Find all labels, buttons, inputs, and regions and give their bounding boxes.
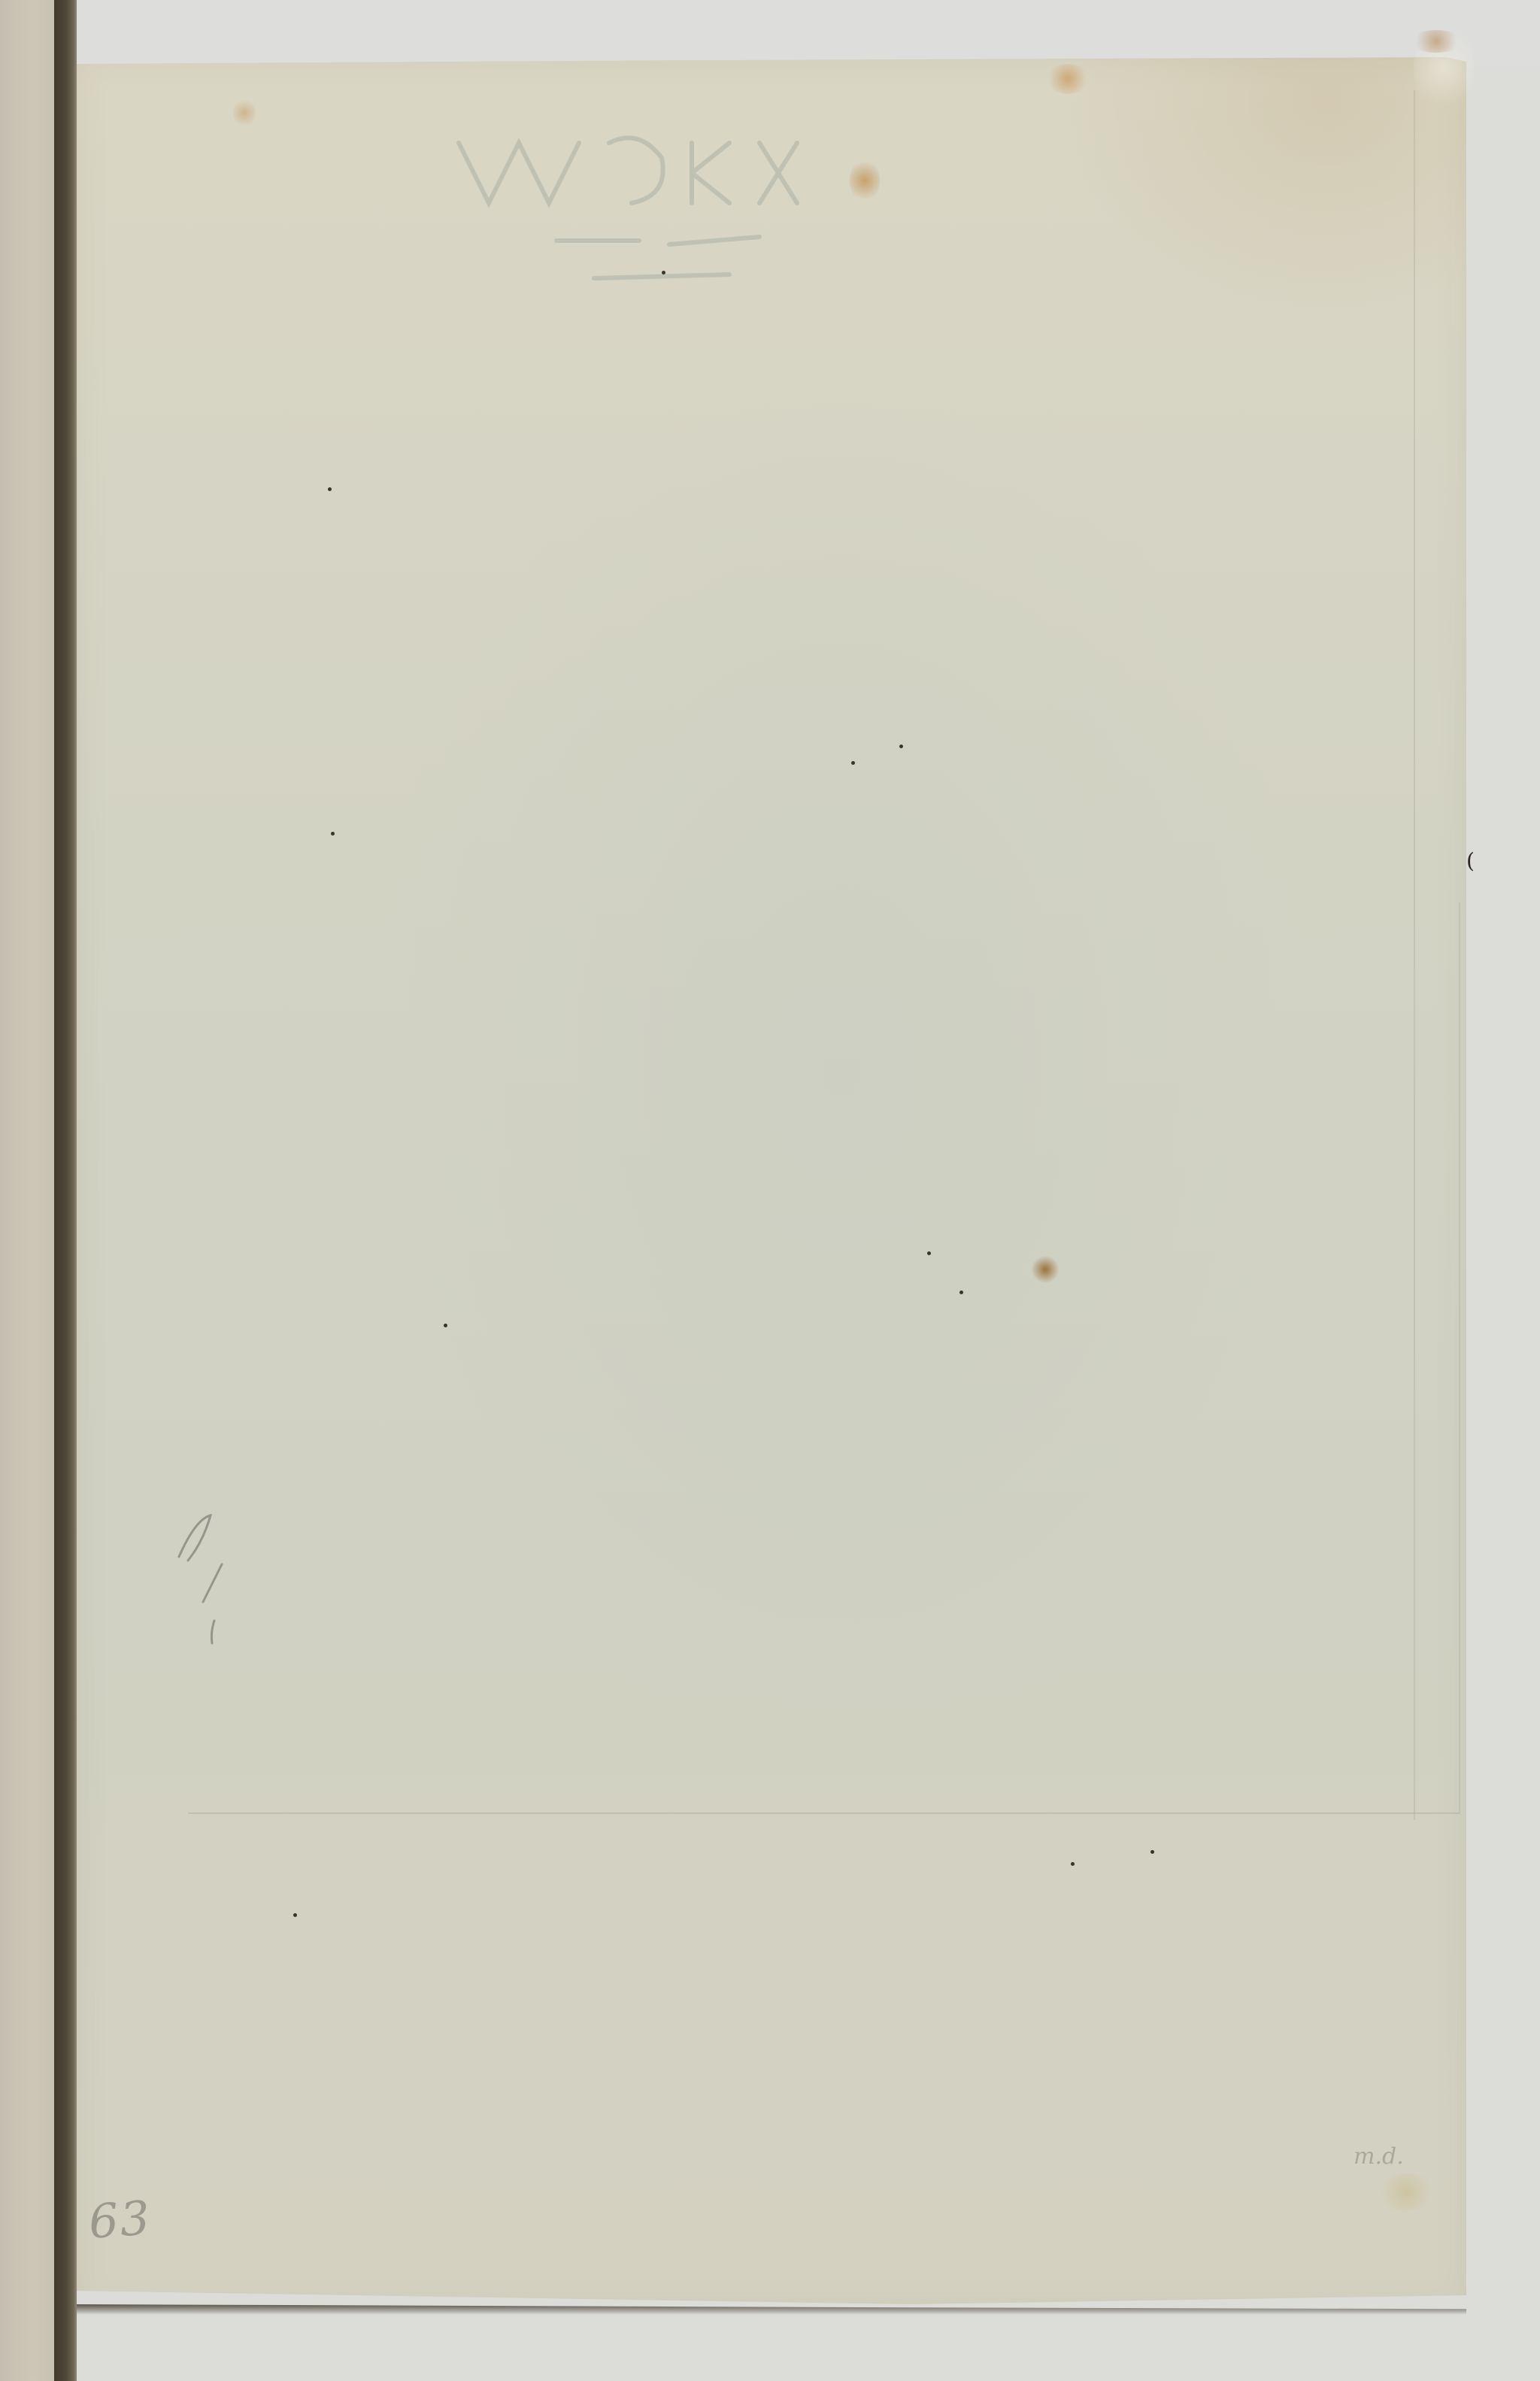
foxing-spot — [1030, 1254, 1060, 1285]
speck — [328, 487, 332, 491]
speck — [927, 1251, 931, 1255]
foxing-spot — [850, 158, 880, 203]
paper-bottom-shadow — [77, 2304, 1466, 2315]
spine-shadow — [54, 0, 77, 2381]
foxing-spot — [1410, 30, 1463, 53]
speck — [293, 1913, 297, 1917]
speck — [1150, 1850, 1154, 1854]
edge-fragment: ( — [1466, 848, 1475, 873]
speck — [1071, 1862, 1075, 1866]
foxing-spot — [1045, 64, 1090, 94]
speck — [444, 1324, 447, 1327]
pencil-annotation: m.d. — [1354, 2143, 1404, 2170]
speck — [959, 1291, 963, 1294]
pencil-inventory-number: 63 — [87, 2190, 153, 2249]
backdrop — [77, 0, 1540, 68]
speck — [331, 832, 335, 836]
foxing-spot — [1376, 2173, 1436, 2211]
book-board-edge — [0, 0, 54, 2381]
plate-mark-impression — [188, 902, 1460, 1814]
show-through-title — [444, 113, 970, 308]
speck — [851, 761, 855, 765]
speck — [899, 745, 903, 748]
foxing-spot — [233, 98, 256, 128]
margin-line — [1414, 90, 1415, 1820]
pencil-scribble — [158, 1489, 233, 1655]
speck — [662, 271, 665, 274]
